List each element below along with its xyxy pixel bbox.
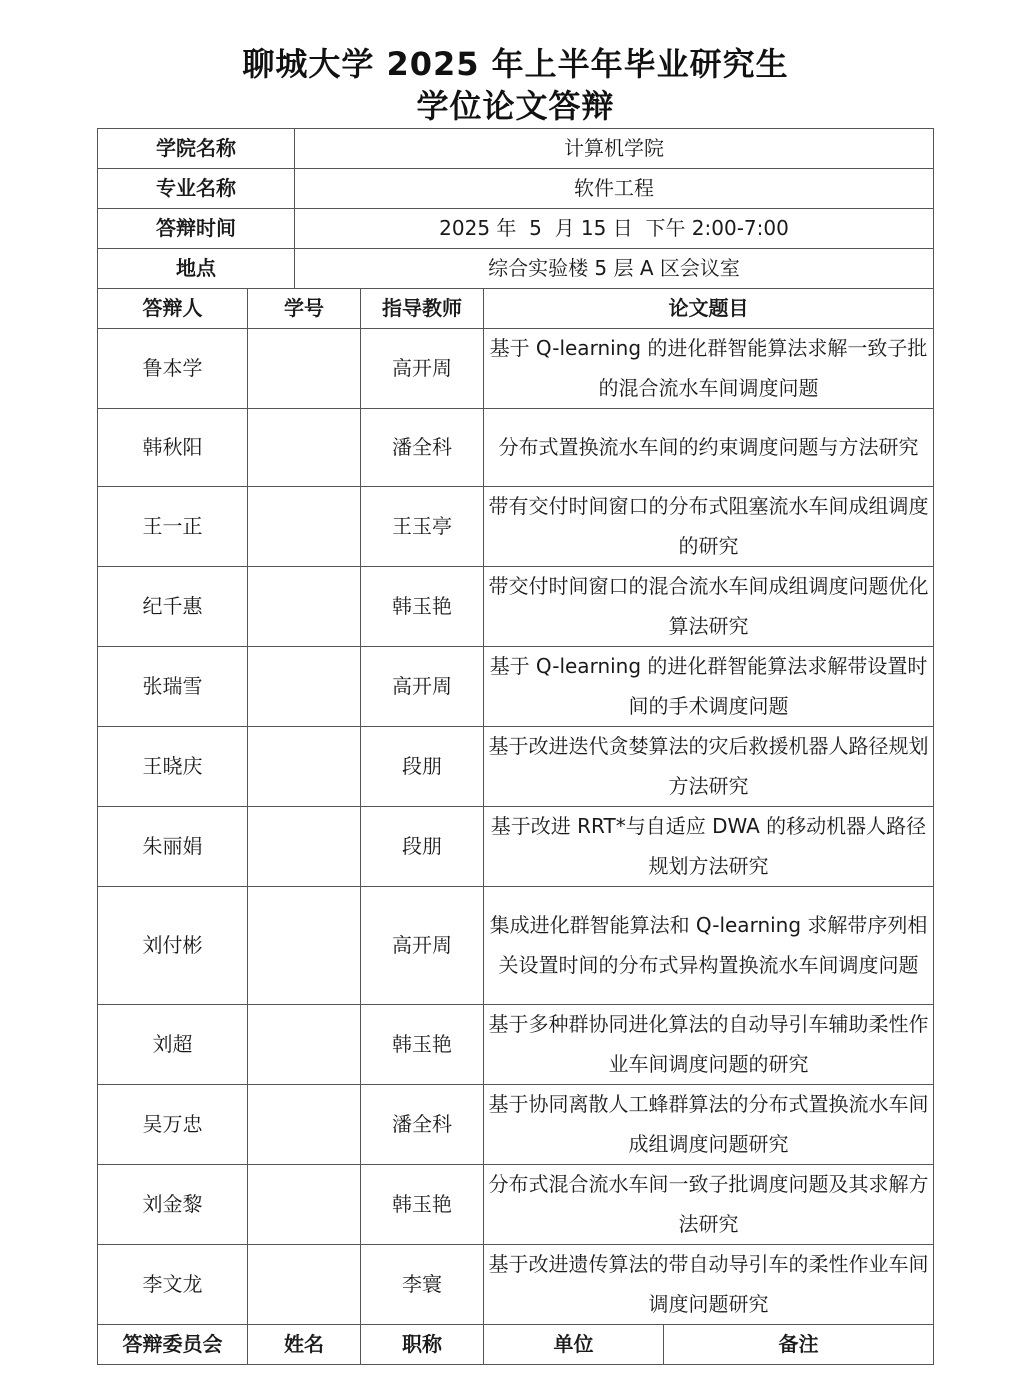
student-id [248,329,361,409]
student-name: 刘金黎 [98,1165,248,1245]
advisor-name: 韩玉艳 [361,1005,484,1085]
thesis-title: 分布式置换流水车间的约束调度问题与方法研究 [484,409,934,487]
table-row: 纪千惠 韩玉艳 带交付时间窗口的混合流水车间成组调度问题优化算法研究 [98,567,934,647]
student-name: 刘付彬 [98,887,248,1005]
student-name: 吴万忠 [98,1085,248,1165]
student-id [248,487,361,567]
advisor-name: 段朋 [361,807,484,887]
committee-name-header: 姓名 [248,1325,361,1365]
thesis-title: 基于协同离散人工蜂群算法的分布式置换流水车间成组调度问题研究 [484,1085,934,1165]
student-id [248,647,361,727]
header-advisor: 指导教师 [361,289,484,329]
student-id [248,1085,361,1165]
thesis-title: 带有交付时间窗口的分布式阻塞流水车间成组调度的研究 [484,487,934,567]
info-row-time: 答辩时间 2025 年 5 月 15 日 下午 2:00-7:00 [98,209,934,249]
table-row: 刘金黎 韩玉艳 分布式混合流水车间一致子批调度问题及其求解方法研究 [98,1165,934,1245]
info-row-college: 学院名称 计算机学院 [98,129,934,169]
table-row: 刘付彬 高开周 集成进化群智能算法和 Q-learning 求解带序列相关设置时… [98,887,934,1005]
info-row-location: 地点 综合实验楼 5 层 A 区会议室 [98,249,934,289]
thesis-title: 集成进化群智能算法和 Q-learning 求解带序列相关设置时间的分布式异构置… [484,887,934,1005]
student-id [248,807,361,887]
student-id [248,887,361,1005]
thesis-title: 基于改进迭代贪婪算法的灾后救援机器人路径规划方法研究 [484,727,934,807]
advisor-name: 韩玉艳 [361,1165,484,1245]
student-name: 鲁本学 [98,329,248,409]
table-row: 韩秋阳 潘全科 分布式置换流水车间的约束调度问题与方法研究 [98,409,934,487]
thesis-title: 分布式混合流水车间一致子批调度问题及其求解方法研究 [484,1165,934,1245]
advisor-name: 潘全科 [361,409,484,487]
table-row: 李文龙 李寰 基于改进遗传算法的带自动导引车的柔性作业车间调度问题研究 [98,1245,934,1325]
document-subtitle: 学位论文答辩 [0,86,1031,126]
student-name: 纪千惠 [98,567,248,647]
thesis-title: 基于多种群协同进化算法的自动导引车辅助柔性作业车间调度问题的研究 [484,1005,934,1085]
thesis-title: 基于 Q-learning 的进化群智能算法求解带设置时间的手术调度问题 [484,647,934,727]
advisor-name: 潘全科 [361,1085,484,1165]
table-row: 吴万忠 潘全科 基于协同离散人工蜂群算法的分布式置换流水车间成组调度问题研究 [98,1085,934,1165]
advisor-name: 王玉亭 [361,487,484,567]
thesis-title: 带交付时间窗口的混合流水车间成组调度问题优化算法研究 [484,567,934,647]
location-label: 地点 [98,249,295,289]
table-row: 王晓庆 段朋 基于改进迭代贪婪算法的灾后救援机器人路径规划方法研究 [98,727,934,807]
student-name: 韩秋阳 [98,409,248,487]
advisor-name: 韩玉艳 [361,567,484,647]
table-header-row: 答辩人 学号 指导教师 论文题目 [98,289,934,329]
committee-remark-header: 备注 [664,1325,934,1365]
advisor-name: 高开周 [361,887,484,1005]
time-value: 2025 年 5 月 15 日 下午 2:00-7:00 [295,209,934,249]
location-value: 综合实验楼 5 层 A 区会议室 [295,249,934,289]
advisor-name: 段朋 [361,727,484,807]
header-thesis-title: 论文题目 [484,289,934,329]
student-name: 刘超 [98,1005,248,1085]
student-id [248,1005,361,1085]
thesis-title: 基于改进 RRT*与自适应 DWA 的移动机器人路径规划方法研究 [484,807,934,887]
student-id [248,1165,361,1245]
student-id [248,567,361,647]
thesis-title: 基于 Q-learning 的进化群智能算法求解一致子批的混合流水车间调度问题 [484,329,934,409]
student-name: 李文龙 [98,1245,248,1325]
committee-rank-header: 职称 [361,1325,484,1365]
defense-schedule-table: 学院名称 计算机学院 专业名称 软件工程 答辩时间 2025 年 5 月 15 … [97,128,934,1365]
info-row-major: 专业名称 软件工程 [98,169,934,209]
document-title: 聊城大学 2025 年上半年毕业研究生 [0,44,1031,84]
committee-unit-header: 单位 [484,1325,664,1365]
header-student-id: 学号 [248,289,361,329]
thesis-title: 基于改进遗传算法的带自动导引车的柔性作业车间调度问题研究 [484,1245,934,1325]
table-row: 鲁本学 高开周 基于 Q-learning 的进化群智能算法求解一致子批的混合流… [98,329,934,409]
student-id [248,409,361,487]
student-name: 王一正 [98,487,248,567]
table-row: 张瑞雪 高开周 基于 Q-learning 的进化群智能算法求解带设置时间的手术… [98,647,934,727]
table-row: 王一正 王玉亭 带有交付时间窗口的分布式阻塞流水车间成组调度的研究 [98,487,934,567]
table-row: 朱丽娟 段朋 基于改进 RRT*与自适应 DWA 的移动机器人路径规划方法研究 [98,807,934,887]
major-label: 专业名称 [98,169,295,209]
header-student: 答辩人 [98,289,248,329]
student-name: 朱丽娟 [98,807,248,887]
advisor-name: 高开周 [361,329,484,409]
student-name: 张瑞雪 [98,647,248,727]
advisor-name: 李寰 [361,1245,484,1325]
student-id [248,727,361,807]
student-name: 王晓庆 [98,727,248,807]
major-value: 软件工程 [295,169,934,209]
advisor-name: 高开周 [361,647,484,727]
college-value: 计算机学院 [295,129,934,169]
committee-label: 答辩委员会 [98,1325,248,1365]
student-id [248,1245,361,1325]
table-row: 刘超 韩玉艳 基于多种群协同进化算法的自动导引车辅助柔性作业车间调度问题的研究 [98,1005,934,1085]
time-label: 答辩时间 [98,209,295,249]
committee-header-row: 答辩委员会 姓名 职称 单位 备注 [98,1325,934,1365]
college-label: 学院名称 [98,129,295,169]
